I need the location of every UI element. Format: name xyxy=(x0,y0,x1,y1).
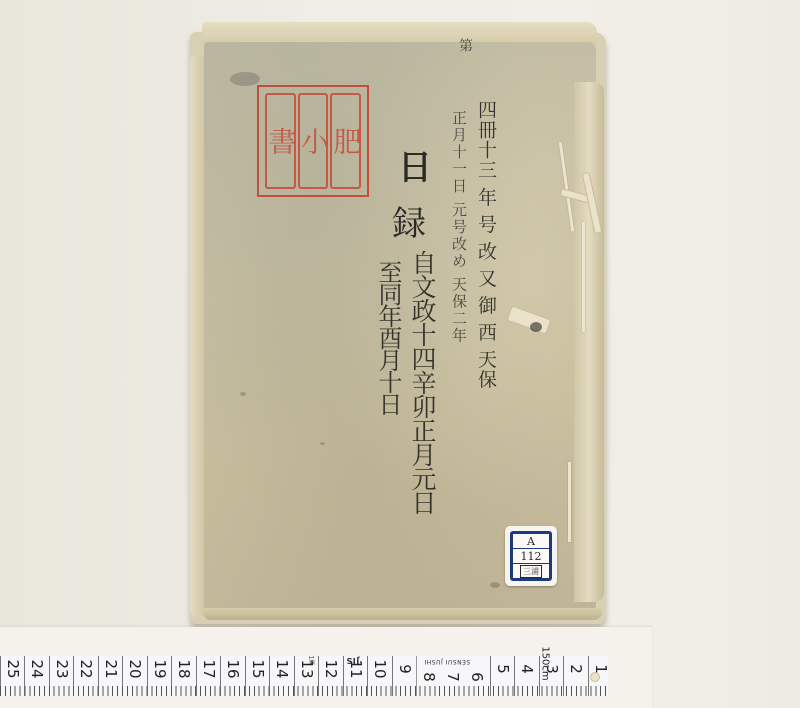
book-bottom-edge xyxy=(204,608,602,620)
ruler-number: 12 xyxy=(322,659,340,679)
measuring-ruler: 25 24 23 22 21 20 19 18 17 16 15 14 13 1… xyxy=(0,656,608,696)
ruler-unit-label: 150cm xyxy=(540,646,551,680)
ruler-grade-mark: 1級 xyxy=(307,656,316,666)
cover-stain xyxy=(530,322,542,332)
ruler-number: 14 xyxy=(273,659,291,679)
title-char-1: 日 xyxy=(398,140,432,189)
ruler-number: 17 xyxy=(200,659,218,679)
catalog-label-number: 112 xyxy=(513,549,549,564)
cover-right-fold xyxy=(574,82,604,602)
ruler-tick-marks xyxy=(0,686,608,696)
ruler-number: 16 xyxy=(224,659,242,679)
collection-seal: 書 小 肥 xyxy=(257,85,369,197)
inscription-column: 自文政十四辛卯正月元日 xyxy=(410,250,435,514)
ruler-number: 21 xyxy=(102,659,120,679)
ruler-number: 5 xyxy=(494,659,512,679)
ruler-number: 25 xyxy=(4,659,22,679)
binding-thread xyxy=(582,222,585,332)
ruler-number: 24 xyxy=(28,659,46,679)
ruler-number: 19 xyxy=(151,659,169,679)
ruler-number: 18 xyxy=(175,659,193,679)
catalog-label: A 112 三浦 xyxy=(505,526,557,586)
ruler-brand-text: SENSUI JUSHI xyxy=(424,658,470,665)
cover-stain xyxy=(320,442,325,445)
ruler-number: 8 xyxy=(420,667,438,687)
binding-thread xyxy=(568,462,571,542)
cover-stain xyxy=(230,72,260,86)
ruler-number: 6 xyxy=(468,667,486,687)
seal-character: 肥 xyxy=(330,93,361,189)
catalog-label-series: A xyxy=(513,534,549,549)
inscription-column: 正月十一日 元号改め 天保二年 xyxy=(451,110,466,345)
book-top-edge xyxy=(202,22,597,44)
seal-character: 小 xyxy=(298,93,329,189)
ruler-number: 7 xyxy=(444,667,462,687)
title-char-2: 録 xyxy=(392,196,426,245)
catalog-label-collection: 三浦 xyxy=(513,564,549,578)
ruler-number: 22 xyxy=(77,659,95,679)
top-mark: 第 xyxy=(458,38,472,52)
ruler-number: 2 xyxy=(567,659,585,679)
inscription-column: 至同年酉月十日 xyxy=(376,260,400,414)
ruler-number: 15 xyxy=(249,659,267,679)
inscription-column: 四冊十三 年 号 改 又 御 西 天保 xyxy=(476,100,495,389)
cover-stain xyxy=(490,582,500,588)
ruler-number: 9 xyxy=(396,659,414,679)
ruler-number: 20 xyxy=(126,659,144,679)
cover-stain xyxy=(240,392,246,396)
seal-character: 書 xyxy=(265,93,296,189)
ruler-number: 10 xyxy=(371,659,389,679)
ruler-number: 23 xyxy=(53,659,71,679)
ruler-number: 4 xyxy=(518,659,536,679)
ruler-hole xyxy=(590,672,600,682)
ruler-jis-mark: JIS xyxy=(346,656,359,665)
